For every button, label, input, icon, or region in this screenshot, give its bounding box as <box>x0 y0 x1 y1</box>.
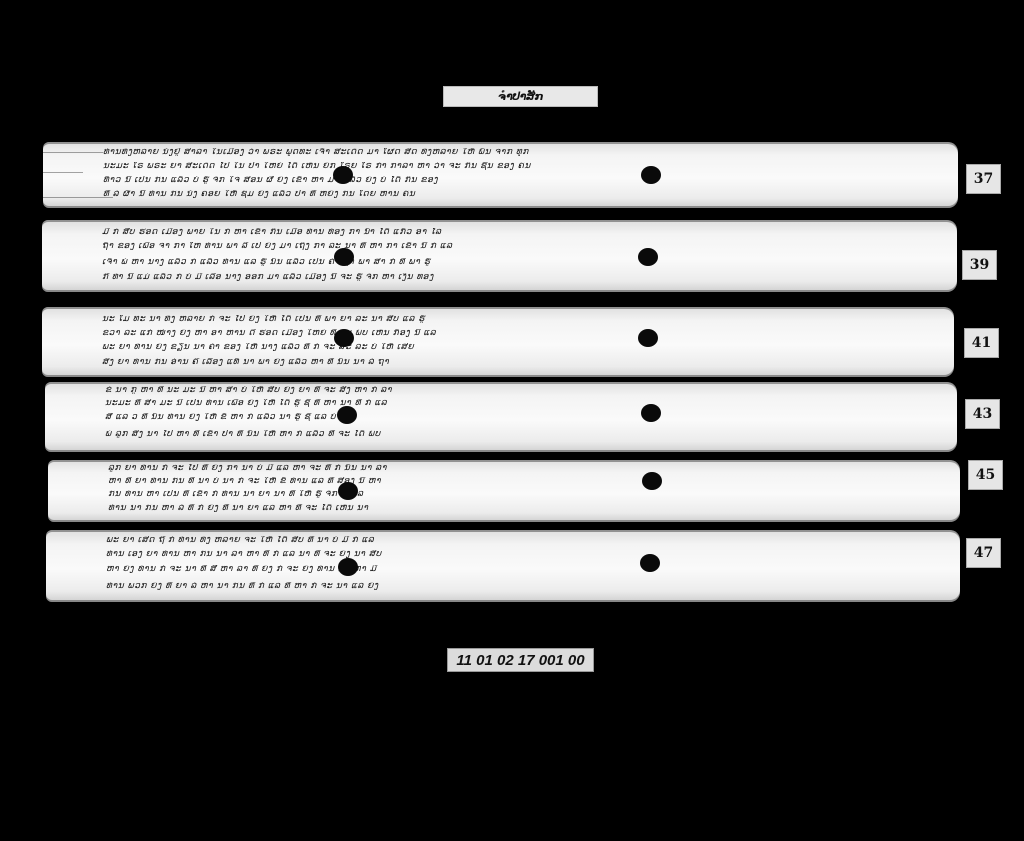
text-line: ນະມະ ທີ່ ສາ ມະ ນີ ເປັນ ທ່ານ ເພື່ອ ຍັງ ໃຫ… <box>105 399 927 407</box>
folio-number: 45 <box>968 460 1003 490</box>
text-line: ທີ່ ລໍ ຜ້າ ນີ້ ທ່ານ ກົນ ນັ່ງ ຄອຍ ໃຫ້ ຊົມ… <box>103 190 928 198</box>
text-line: ທ່ານ ນາ ກົນ ຫາ ລໍ ທີ່ ກໍ່ ຍັງ ທີ່ ນາ ຍາ … <box>108 504 930 512</box>
binding-hole <box>338 482 358 500</box>
text-line: ພະ ຍາ ເສດ ຖີ ກໍ່ ທ່ານ ທັງ ຫລາຍ ຈະ ໃຫ້ ໄດ… <box>106 536 930 544</box>
folio-number: 43 <box>965 399 1000 429</box>
text-line: ລູກ ຍາ ທ່ານ ກໍ່ ຈະ ໄປ ທີ່ ຍັງ ກາ ນາ ບໍ່ … <box>108 464 930 472</box>
text-line: ຫາ ທີ່ ຍາ ທ່ານ ກົນ ທີ່ ນາ ບໍ່ ນາ ກໍ່ ຈະ … <box>108 477 930 485</box>
title-label: ຈຳປາສັກ <box>443 86 598 107</box>
binding-hole <box>338 558 358 576</box>
text-line: ທ້າວ ນີ້ ເປັນ ກົນ ແລ້ວ ບໍ່ ຮູ້ ຈັກ ໃຈ ສອ… <box>103 176 928 184</box>
text-line: ນະມະ ໂຣ ພຣະ ຍາ ສະເດັດ ໄປ ໃນ ປ່າ ໃຫຍ່ ໄດ້… <box>103 162 928 170</box>
folio-number: 39 <box>962 250 997 280</box>
text-line: ກົນ ທ່ານ ຫາ ເປັນ ທີ່ ເຂົ້າ ກໍ່ ທ່ານ ນາ ຍ… <box>108 490 930 498</box>
binding-hole <box>642 472 662 490</box>
palm-leaf-41: ນະ ໂມ ທະ ນາ ທັງ ຫລາຍ ກໍ່ ຈະ ໄປ ຍັງ ໃຫ້ ໄ… <box>42 307 954 377</box>
palm-leaf-39: ມີ ກໍ ສືບ ຮອດ ເມືອງ ພາຍ ໃນ ກໍ ຫາ ເຂົ້າ ກ… <box>42 220 957 292</box>
text-line: ສົ່ງ ຍາ ທ່ານ ກົນ ອ່ານ ຄື ເລື້ອງ ແທ້ ນາ ພ… <box>102 358 924 366</box>
text-line: ພະ ຍາ ທ່ານ ຍັງ ຂຽນ ນາ ຄຳ ຂອງ ໃຫ້ ນາງ ແລ້… <box>102 343 924 351</box>
binding-hole <box>333 166 353 184</box>
binding-hole <box>638 329 658 347</box>
binding-hole <box>641 166 661 184</box>
folio-number: 47 <box>966 538 1001 568</box>
text-line: ມີ ກໍ ສືບ ຮອດ ເມືອງ ພາຍ ໃນ ກໍ ຫາ ເຂົ້າ ກ… <box>102 228 927 236</box>
text-line: ທ່ານທັງຫລາຍ ນັ່ງຢູ່ ສາລາ ໃນເມືອງ ວ່າ ພຣະ… <box>103 148 928 156</box>
palm-leaf-37: ທ່ານທັງຫລາຍ ນັ່ງຢູ່ ສາລາ ໃນເມືອງ ວ່າ ພຣະ… <box>43 142 958 208</box>
palm-leaf-45: ລູກ ຍາ ທ່ານ ກໍ່ ຈະ ໄປ ທີ່ ຍັງ ກາ ນາ ບໍ່ … <box>48 460 960 522</box>
text-line: ຖ້າ ຂອງ ເພື່ອ ຈາ ກາ ໂຫ ທ່ານ ພາ ລີ ເປີ ຍັ… <box>102 242 927 250</box>
text-line: ທ່ານ ພວກ ຍັງ ທີ່ ຍາ ລໍ ຫາ ນາ ກົນ ທີ່ ກໍ່… <box>106 582 930 590</box>
text-line: ພໍ ລູກ ສົ່ງ ນາ ໄປ ຫາ ທີ່ ເຂົ້າ ປາ ທີ່ ນັ… <box>105 430 927 438</box>
text-line: ຂວາ ລະ ແກ່ ໜ່າງ ຍັງ ຫາ ອາ ຫານ ດີ ຮອດ ເມື… <box>102 329 924 337</box>
folio-number: 37 <box>966 164 1001 194</box>
text-line: ສີ ແລ ວ ທີ່ ນັ້ນ ທ່ານ ຍັງ ໃຫ້ ຂໍ້ ຫາ ກໍ່… <box>105 413 927 421</box>
text-line: ຂໍ ນາ ກູ ຫາ ທີ່ ນະ ມະ ນີ ຫາ ສາ ບໍ່ ໃຫ້ ສ… <box>105 386 927 394</box>
binding-hole <box>640 554 660 572</box>
binding-hole <box>334 329 354 347</box>
folio-number: 41 <box>964 328 999 358</box>
palm-leaf-47: ພະ ຍາ ເສດ ຖີ ກໍ່ ທ່ານ ທັງ ຫລາຍ ຈະ ໃຫ້ ໄດ… <box>46 530 960 602</box>
binding-hole <box>641 404 661 422</box>
text-line: ກີ ທຳ ນີ້ ແມ່ ແລ້ວ ກໍ ບໍ່ ມີ ເລືອ ນາງ ອອ… <box>102 273 927 281</box>
text-line: ທ່ານ ເອງ ຍາ ທ່ານ ຫາ ກົນ ນາ ລາ ຫາ ທີ່ ກໍ່… <box>106 550 930 558</box>
text-line: ເຈົ້າ ພໍ່ ຫາ ນາງ ແລ້ວ ກໍ ແລ້ວ ທ່ານ ແລ ຮູ… <box>102 258 927 266</box>
palm-leaf-43: ຂໍ ນາ ກູ ຫາ ທີ່ ນະ ມະ ນີ ຫາ ສາ ບໍ່ ໃຫ້ ສ… <box>45 382 957 452</box>
binding-hole <box>337 406 357 424</box>
text-line: ຫາ ຍັງ ທ່ານ ກໍ່ ຈະ ນາ ທີ່ ສີ ຫາ ລາ ທີ່ ຍ… <box>106 565 930 573</box>
text-line: ນະ ໂມ ທະ ນາ ທັງ ຫລາຍ ກໍ່ ຈະ ໄປ ຍັງ ໃຫ້ ໄ… <box>102 315 924 323</box>
binding-hole <box>334 248 354 266</box>
microfilm-id-label: 11 01 02 17 001 00 <box>447 648 594 672</box>
binding-hole <box>638 248 658 266</box>
